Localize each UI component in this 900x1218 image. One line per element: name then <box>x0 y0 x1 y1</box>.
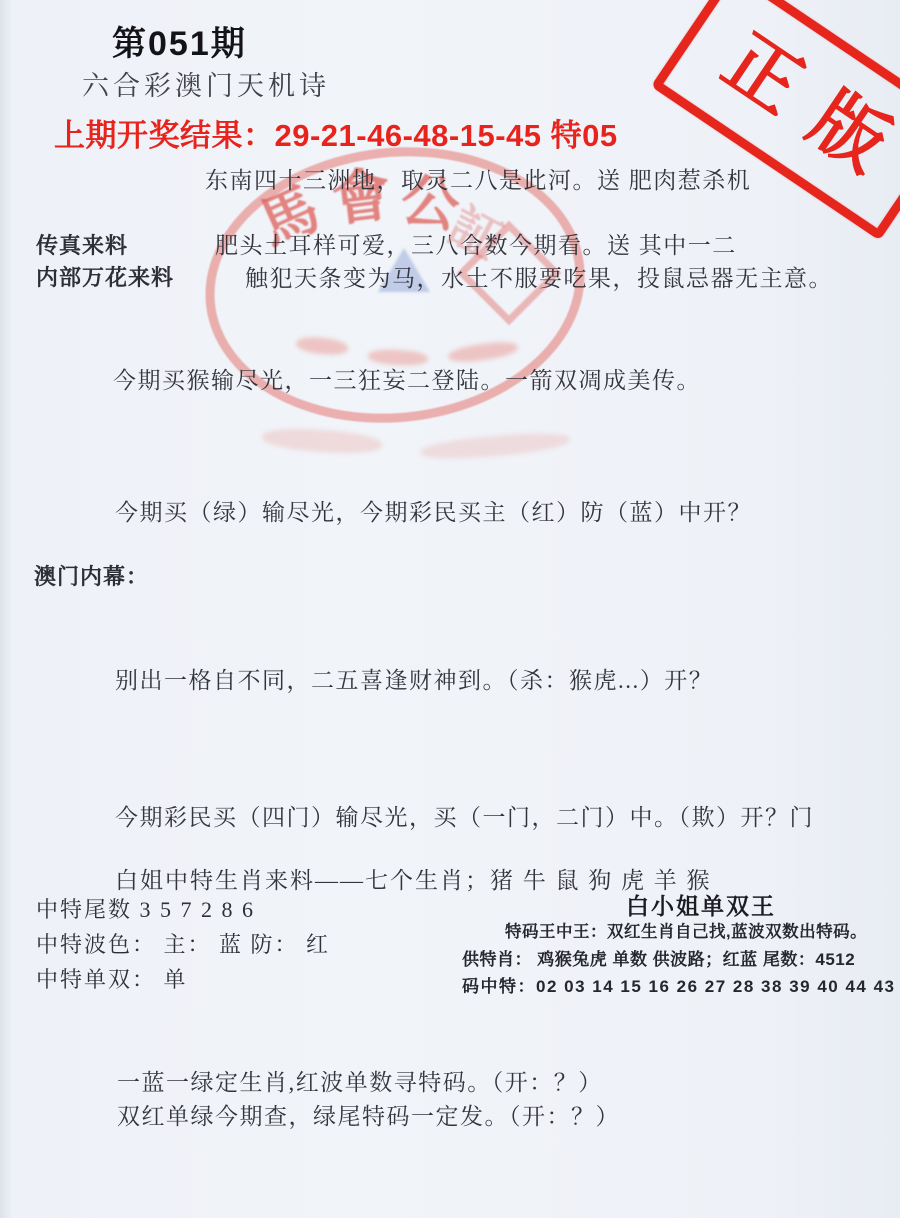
color-tip-line: 今期买（绿）输尽光，今期彩民买主（红）防（蓝）中开？ <box>115 494 752 527</box>
closing-line-1: 一蓝一绿定生肖,红波单数寻特码。（开：？） <box>117 1064 603 1097</box>
miss-bai-box-title: 白小姐单双王 <box>505 888 897 921</box>
internal-source-label: 内部万花来料 <box>36 261 174 292</box>
page-subtitle: 六合彩澳门天机诗 <box>82 64 330 103</box>
macau-insider-label: 澳门内幕： <box>34 560 149 591</box>
lottery-tip-sheet: 馬 會 公 証 正版 第051期 六合彩澳门天机诗 上期开奖结果：29-21-4… <box>0 0 900 1218</box>
fax-source-text: 肥头土耳样可爱，三八合数今期看。送 其中一二 <box>215 227 737 260</box>
fax-source-label: 传真来料 <box>36 229 128 260</box>
issue-title: 第051期 <box>112 16 247 65</box>
riddle-tip-line: 别出一格自不同，二五喜逢财神到。（杀：猴虎...）开？ <box>115 662 713 695</box>
last-draw-result: 上期开奖结果：29-21-46-48-15-45 特05 <box>54 110 618 155</box>
club-seal-smudge <box>261 426 382 456</box>
odd-even-stat: 中特单双： 单 <box>36 963 188 994</box>
zodiac-supply-line: 供特肖： 鸡猴兔虎 单数 供波路；红蓝 尾数：4512 <box>462 945 855 970</box>
wave-color-stat: 中特波色： 主： 蓝 防： 红 <box>36 928 330 959</box>
internal-source-text: 触犯天条变为马，水土不服要吃果，投鼠忌器无主意。 <box>245 260 833 293</box>
tail-number-stat: 中特尾数 3 5 7 2 8 6 <box>36 893 255 924</box>
club-seal-smudge <box>419 430 570 463</box>
door-tip-line: 今期彩民买（四门）输尽光，买（一门，二门）中。（欺）开？门 <box>115 799 814 832</box>
closing-line-2: 双红单绿今期查，绿尾特码一定发。（开：？） <box>117 1098 620 1131</box>
special-code-king-line: 特码王中王：双红生肖自己找,蓝波双数出特码。 <box>505 918 867 942</box>
monkey-tip-line: 今期买猴输尽光，一三狂妄二登陆。一箭双凋成美传。 <box>113 362 701 395</box>
poem-line-1: 东南四十三洲地，取灵二八是此河。送 肥肉惹杀机 <box>205 162 751 195</box>
code-list-line: 码中特：02 03 14 15 16 26 27 28 38 39 40 44 … <box>462 972 896 997</box>
authentic-stamp: 正版 <box>651 0 900 241</box>
